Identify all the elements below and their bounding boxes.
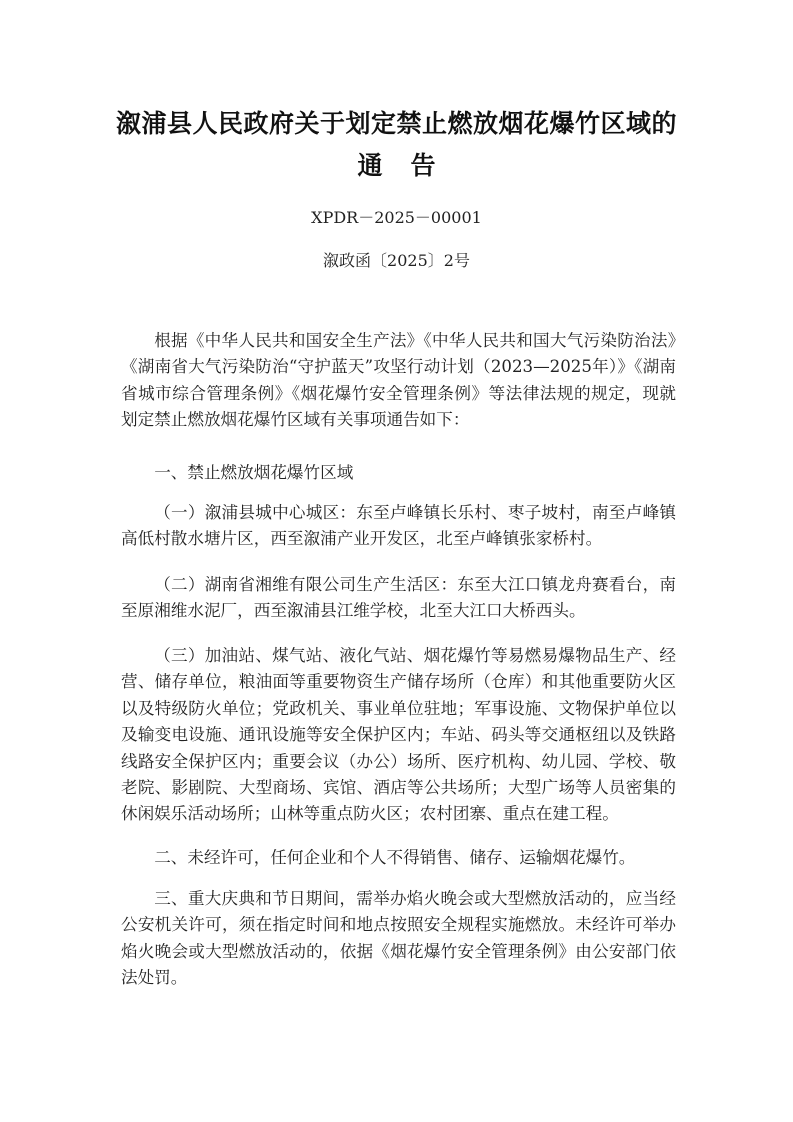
paragraph-section-2: 二、未经许可，任何企业和个人不得销售、储存、运输烟花爆竹。 <box>121 845 676 871</box>
section-heading-text: 一、禁止燃放烟花爆竹区域 <box>121 460 676 486</box>
paragraph-section-3: 三、重大庆典和节日期间，需举办焰火晚会或大型燃放活动的，应当经公安机关许可，须在… <box>121 886 676 992</box>
document-number: 溆政函〔2025〕2号 <box>0 248 793 271</box>
document-title-line1: 溆浦县人民政府关于划定禁止燃放烟花爆竹区域的 <box>0 104 793 140</box>
paragraph-text: （一）溆浦县城中心城区：东至卢峰镇长乐村、枣子坡村，南至卢峰镇高低村散水塘片区，… <box>121 500 676 553</box>
paragraph-text: 根据《中华人民共和国安全生产法》《中华人民共和国大气污染防治法》《湖南省大气污染… <box>121 328 676 434</box>
paragraph-zone-3: （三）加油站、煤气站、液化气站、烟花爆竹等易燃易爆物品生产、经营、储存单位，粮油… <box>121 643 676 828</box>
paragraph-text: （二）湖南省湘维有限公司生产生活区：东至大江口镇龙舟赛看台，南至原湘维水泥厂，西… <box>121 572 676 625</box>
paragraph-preamble: 根据《中华人民共和国安全生产法》《中华人民共和国大气污染防治法》《湖南省大气污染… <box>121 328 676 434</box>
paragraph-text: 二、未经许可，任何企业和个人不得销售、储存、运输烟花爆竹。 <box>121 845 676 871</box>
section-heading-1: 一、禁止燃放烟花爆竹区域 <box>121 460 676 486</box>
document-title-line2: 通告 <box>0 146 793 182</box>
document-code: XPDR－2025－00001 <box>0 205 793 228</box>
paragraph-text: （三）加油站、煤气站、液化气站、烟花爆竹等易燃易爆物品生产、经营、储存单位，粮油… <box>121 643 676 828</box>
paragraph-text: 三、重大庆典和节日期间，需举办焰火晚会或大型燃放活动的，应当经公安机关许可，须在… <box>121 886 676 992</box>
paragraph-zone-2: （二）湖南省湘维有限公司生产生活区：东至大江口镇龙舟赛看台，南至原湘维水泥厂，西… <box>121 572 676 625</box>
paragraph-zone-1: （一）溆浦县城中心城区：东至卢峰镇长乐村、枣子坡村，南至卢峰镇高低村散水塘片区，… <box>121 500 676 553</box>
document-page: 溆浦县人民政府关于划定禁止燃放烟花爆竹区域的 通告 XPDR－2025－0000… <box>0 0 793 1122</box>
